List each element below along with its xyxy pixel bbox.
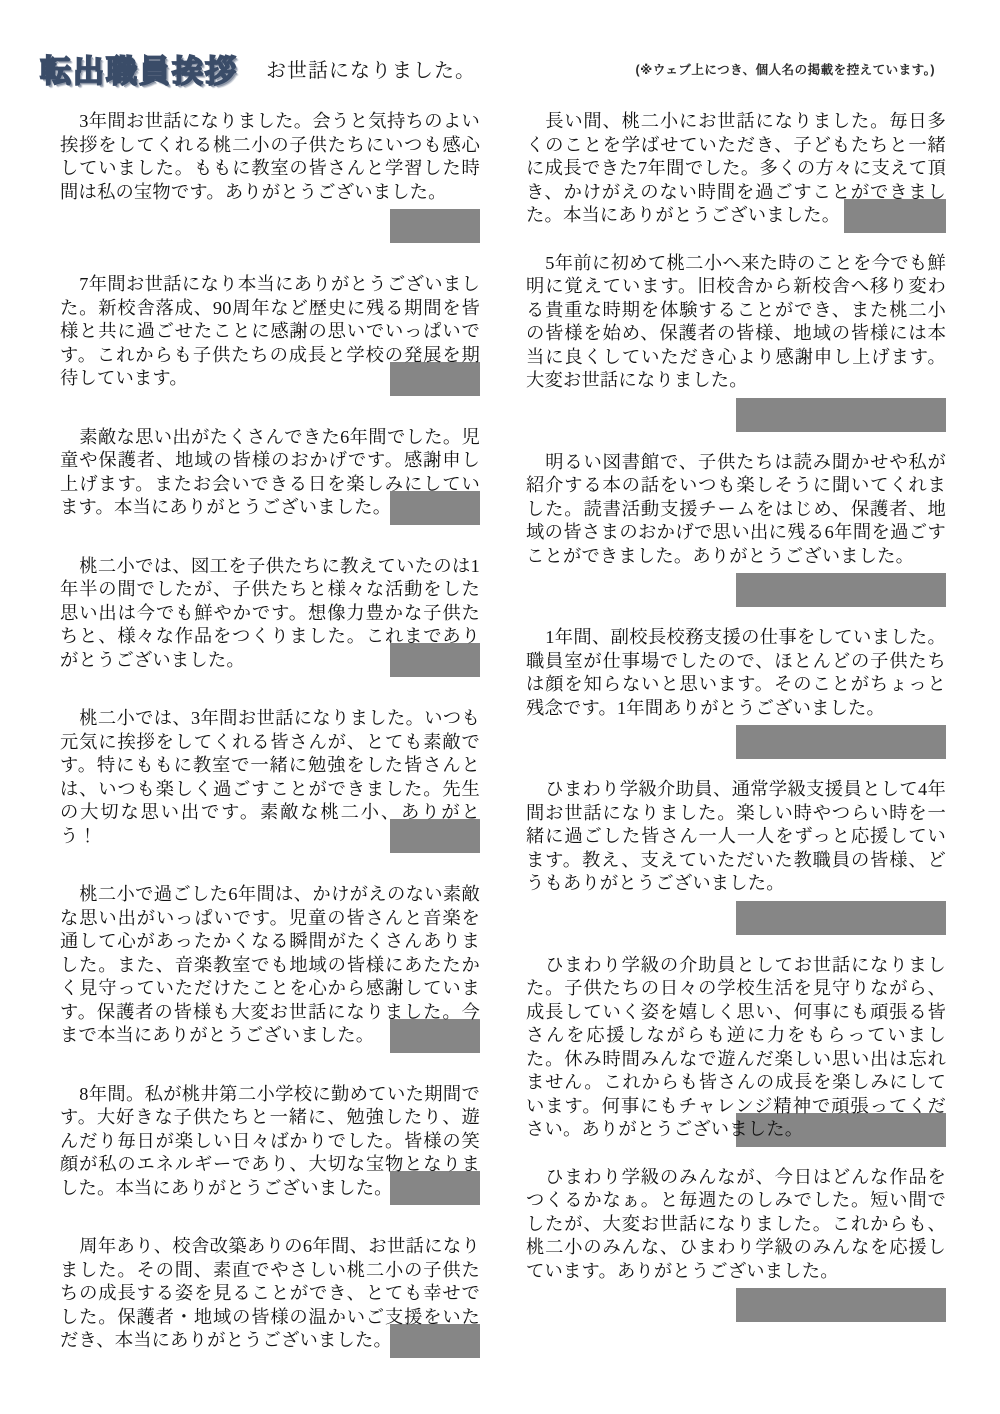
redacted-name-box bbox=[736, 573, 946, 607]
farewell-message-text: 5年前に初めて桃二小へ来た時のことを今でも鮮明に覚えています。旧校舎から新校舎へ… bbox=[526, 252, 946, 393]
farewell-message: 素敵な思い出がたくさんできた6年間でした。児童や保護者、地域の皆様のおかげです。… bbox=[60, 426, 480, 525]
farewell-message-text: ひまわり学級介助員、通常学級支援員として4年間お世話になりました。楽しい時やつら… bbox=[526, 778, 946, 896]
page-header: 転出職員挨拶お世話になりました。 (※ウェブ上につき、個人名の掲載を控えています… bbox=[40, 46, 960, 96]
redacted-name-box bbox=[736, 398, 946, 432]
page-subtitle: お世話になりました。 bbox=[266, 54, 476, 83]
farewell-message-text: 3年間お世話になりました。会うと気持ちのよい挨拶をしてくれる桃二小の子供たちにい… bbox=[60, 110, 480, 204]
farewell-message-text: 明るい図書館で、子供たちは読み聞かせや私が紹介する本の話をいつも楽しそうに聞いて… bbox=[526, 451, 946, 569]
farewell-message: 3年間お世話になりました。会うと気持ちのよい挨拶をしてくれる桃二小の子供たちにい… bbox=[60, 110, 480, 243]
farewell-message: 桃二小では、図工を子供たちに教えていたのは1年半の間でしたが、子供たちと様々な活… bbox=[60, 555, 480, 678]
left-column: 3年間お世話になりました。会うと気持ちのよい挨拶をしてくれる桃二小の子供たちにい… bbox=[60, 110, 480, 1388]
right-column: 長い間、桃二小にお世話になりました。毎日多くのことを学ばせていただき、子どもたち… bbox=[526, 110, 946, 1341]
farewell-message: 7年間お世話になり本当にありがとうございました。新校舎落成、90周年など歴史に残… bbox=[60, 273, 480, 396]
farewell-message: ひまわり学級の介助員としてお世話になりました。子供たちの日々の学校生活を見守りな… bbox=[526, 954, 946, 1147]
farewell-message: 桃二小では、3年間お世話になりました。いつも元気に挨拶をしてくれる皆さんが、とて… bbox=[60, 707, 480, 853]
redacted-name-box bbox=[736, 1288, 946, 1322]
redacted-name-box bbox=[736, 901, 946, 935]
farewell-message: ひまわり学級のみんなが、今日はどんな作品をつくるかなぁ。と毎週たのしみでした。短… bbox=[526, 1166, 946, 1323]
web-privacy-note: (※ウェブ上につき、個人名の掲載を控えています。) bbox=[636, 60, 935, 78]
farewell-message: 桃二小で過ごした6年間は、かけがえのない素敵な思い出がいっぱいです。児童の皆さん… bbox=[60, 883, 480, 1053]
farewell-message: 1年間、副校長校務支援の仕事をしていました。職員室が仕事場でしたので、ほとんどの… bbox=[526, 626, 946, 759]
farewell-message: 8年間。私が桃井第二小学校に勤めていた期間です。大好きな子供たちと一緒に、勉強し… bbox=[60, 1083, 480, 1206]
farewell-message: 明るい図書館で、子供たちは読み聞かせや私が紹介する本の話をいつも楽しそうに聞いて… bbox=[526, 451, 946, 608]
farewell-message-text: ひまわり学級の介助員としてお世話になりました。子供たちの日々の学校生活を見守りな… bbox=[526, 954, 946, 1142]
farewell-message: 5年前に初めて桃二小へ来た時のことを今でも鮮明に覚えています。旧校舎から新校舎へ… bbox=[526, 252, 946, 432]
farewell-message: 長い間、桃二小にお世話になりました。毎日多くのことを学ばせていただき、子どもたち… bbox=[526, 110, 946, 233]
farewell-message-text: 桃二小で過ごした6年間は、かけがえのない素敵な思い出がいっぱいです。児童の皆さん… bbox=[60, 883, 480, 1048]
farewell-message: ひまわり学級介助員、通常学級支援員として4年間お世話になりました。楽しい時やつら… bbox=[526, 778, 946, 935]
redacted-name-box bbox=[390, 209, 480, 243]
redacted-name-box bbox=[736, 725, 946, 759]
farewell-message-text: 1年間、副校長校務支援の仕事をしていました。職員室が仕事場でしたので、ほとんどの… bbox=[526, 626, 946, 720]
farewell-message-text: ひまわり学級のみんなが、今日はどんな作品をつくるかなぁ。と毎週たのしみでした。短… bbox=[526, 1166, 946, 1284]
farewell-message: 周年あり、校舎改築ありの6年間、お世話になりました。その間、素直でやさしい桃二小… bbox=[60, 1235, 480, 1358]
page-title: 転出職員挨拶 bbox=[40, 46, 238, 91]
